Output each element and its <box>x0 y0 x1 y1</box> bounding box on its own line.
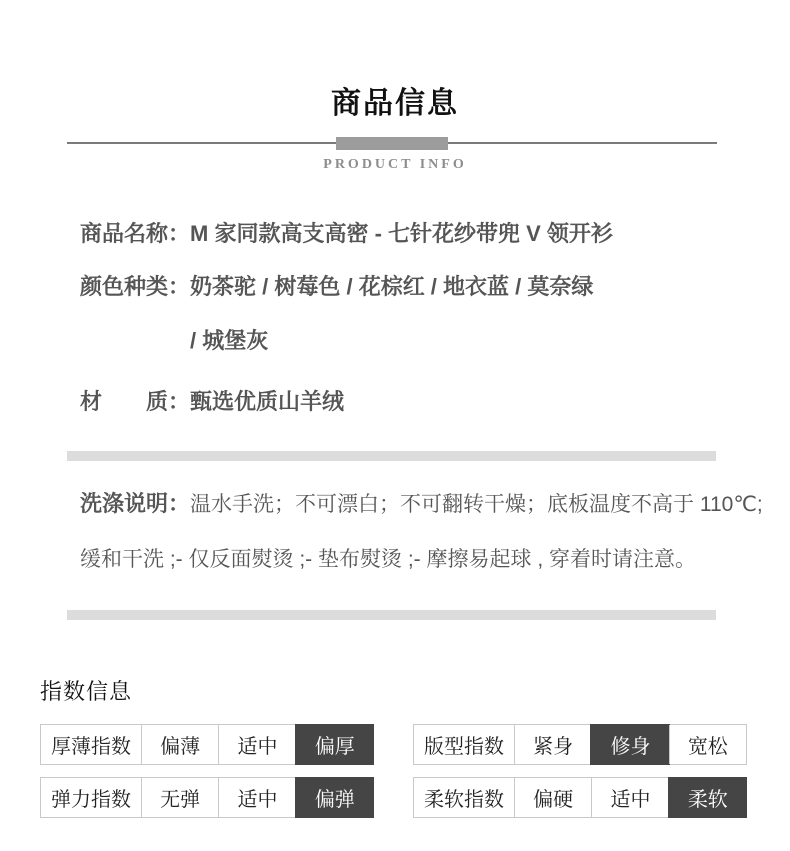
elasticity-option-stretchy-selected: 偏弹 <box>295 777 374 818</box>
wash-text-1: 温水手洗；不可漂白；不可翻转干燥；底板温度不高于 110℃; <box>190 493 763 516</box>
product-name-value: M 家同款高支高密 - 七针花纱带兜 V 领开衫 <box>190 221 613 246</box>
softness-option-hard: 偏硬 <box>514 778 591 817</box>
thickness-option-medium: 适中 <box>218 725 295 764</box>
wash-instructions: 洗涤说明：温水手洗；不可漂白；不可翻转干燥；底板温度不高于 110℃; 缓和干洗… <box>80 493 730 571</box>
index-tables: 厚薄指数 偏薄 适中 偏厚 版型指数 紧身 修身 宽松 弹力指数 无弹 适中 偏… <box>40 724 790 818</box>
divider-bar-bottom <box>67 610 716 620</box>
product-attributes: 商品名称：M 家同款高支高密 - 七针花纱带兜 V 领开衫 颜色种类：奶茶驼 /… <box>80 223 720 413</box>
fit-index-table: 版型指数 紧身 修身 宽松 <box>413 724 747 765</box>
color-variants-label: 颜色种类： <box>80 274 190 299</box>
softness-index-table: 柔软指数 偏硬 适中 柔软 <box>413 777 747 818</box>
color-variants-line: 颜色种类：奶茶驼 / 树莓色 / 花棕红 / 地衣蓝 / 莫奈绿 <box>80 276 720 298</box>
color-variants-value-1: 奶茶驼 / 树莓色 / 花棕红 / 地衣蓝 / 莫奈绿 <box>190 274 593 299</box>
page-subtitle: PRODUCT INFO <box>0 157 790 173</box>
header-divider <box>67 137 717 150</box>
material-line: 材 质：甄选优质山羊绒 <box>80 391 720 413</box>
softness-index-label: 柔软指数 <box>414 778 514 817</box>
thickness-option-thin: 偏薄 <box>141 725 218 764</box>
product-name-label: 商品名称： <box>80 221 190 246</box>
elasticity-option-none: 无弹 <box>141 778 218 817</box>
elasticity-index-table: 弹力指数 无弹 适中 偏弹 <box>40 777 374 818</box>
wash-line-1: 洗涤说明：温水手洗；不可漂白；不可翻转干燥；底板温度不高于 110℃; <box>80 493 730 516</box>
fit-index-label: 版型指数 <box>414 725 514 764</box>
thickness-index-table: 厚薄指数 偏薄 适中 偏厚 <box>40 724 374 765</box>
header-center-bar <box>336 137 448 150</box>
elasticity-option-medium: 适中 <box>218 778 295 817</box>
fit-option-slim-selected: 修身 <box>590 724 669 765</box>
wash-line-2: 缓和干洗 ;- 仅反面熨烫 ;- 垫布熨烫 ;- 摩擦易起球 , 穿着时请注意。 <box>80 549 730 571</box>
softness-option-soft-selected: 柔软 <box>668 777 747 818</box>
wash-label: 洗涤说明： <box>80 491 190 516</box>
product-name-line: 商品名称：M 家同款高支高密 - 七针花纱带兜 V 领开衫 <box>80 223 720 245</box>
product-info-page: 商品信息 PRODUCT INFO 商品名称：M 家同款高支高密 - 七针花纱带… <box>0 0 790 851</box>
color-variants-value-2: / 城堡灰 <box>190 328 268 353</box>
index-section-heading: 指数信息 <box>40 675 790 706</box>
thickness-index-label: 厚薄指数 <box>41 725 141 764</box>
color-variants-line-2: / 城堡灰 <box>80 330 720 352</box>
wash-text-2: 缓和干洗 ;- 仅反面熨烫 ;- 垫布熨烫 ;- 摩擦易起球 , 穿着时请注意。 <box>80 548 696 571</box>
fit-option-loose: 宽松 <box>669 725 746 764</box>
page-title: 商品信息 <box>0 0 790 122</box>
fit-option-tight: 紧身 <box>514 725 591 764</box>
elasticity-index-label: 弹力指数 <box>41 778 141 817</box>
material-value: 甄选优质山羊绒 <box>190 389 344 414</box>
material-label: 材 质： <box>80 389 190 414</box>
softness-option-medium: 适中 <box>591 778 668 817</box>
divider-bar-top <box>67 451 716 461</box>
thickness-option-thick-selected: 偏厚 <box>295 724 374 765</box>
